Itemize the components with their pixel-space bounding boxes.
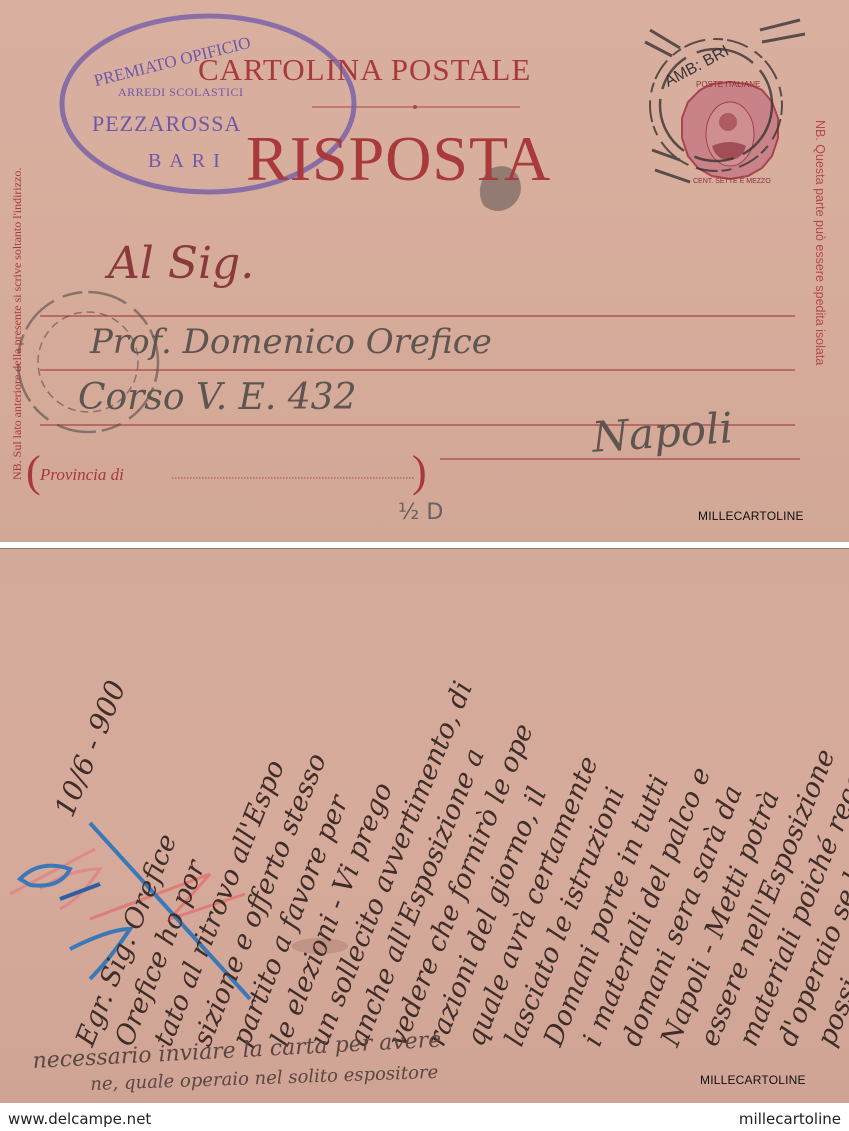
- postcard-front: CARTOLINA POSTALE RISPOSTA PREMIATO OPIF…: [0, 0, 849, 542]
- watermark-back: MILLECARTOLINE: [700, 1073, 806, 1087]
- side-note-right: NB. Questa parte può essere spedita isol…: [813, 120, 827, 365]
- paren-right: ): [412, 450, 427, 494]
- address-name: Prof. Domenico Orefice: [90, 322, 492, 362]
- sender-stamp-line4: BARI: [148, 150, 228, 173]
- postcard-back: 10/6 - 900 Egr. Sig. OreficeOrefice ho p…: [0, 548, 849, 1103]
- pencil-note: ½ D: [398, 500, 443, 525]
- sender-stamp-line3: PEZZAROSSA: [92, 111, 241, 137]
- provincia-label: Provincia di: [40, 465, 124, 485]
- stamp-bottom-text: CENT. SETTE E MEZZO: [693, 178, 771, 185]
- page-footer: www.delcampe.net millecartoline: [0, 1105, 849, 1131]
- sender-stamp-line2: ARREDI SCOLASTICI: [118, 85, 244, 100]
- card-title: CARTOLINA POSTALE: [198, 52, 531, 88]
- address-salutation: Al Sig.: [108, 238, 254, 289]
- side-note-left: NB. Sul lato anteriore della presente si…: [10, 168, 25, 480]
- paren-left: (: [26, 450, 41, 494]
- address-city: Napoli: [590, 403, 734, 462]
- postage-stamp-icon: [682, 82, 778, 179]
- card-subtitle: RISPOSTA: [246, 122, 551, 196]
- watermark-front: MILLECARTOLINE: [698, 509, 804, 523]
- address-street: Corso V. E. 432: [78, 377, 357, 418]
- stamp-top-text: POSTE ITALIANE: [696, 80, 760, 89]
- footer-seller-name[interactable]: millecartoline: [739, 1110, 841, 1128]
- footer-site-link[interactable]: www.delcampe.net: [8, 1110, 151, 1128]
